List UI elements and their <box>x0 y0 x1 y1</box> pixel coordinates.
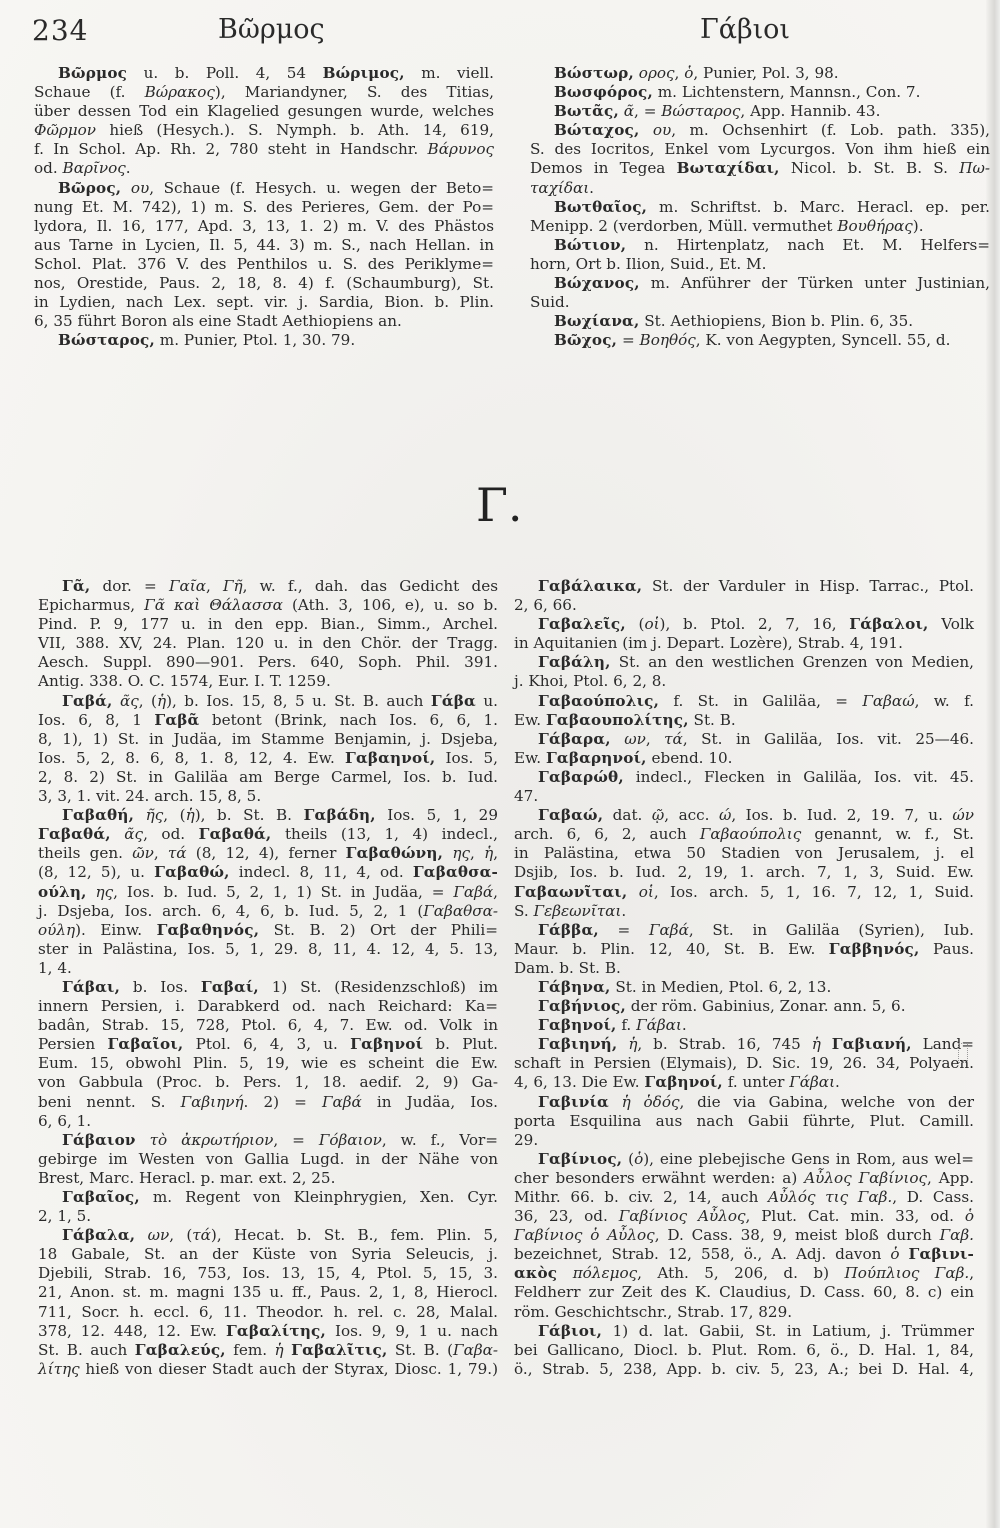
column-bottom-right: Γαβάλαικα, St. der Varduler in Hisp. Tar… <box>514 577 974 1379</box>
text-line: Βώτιον, n. Hirtenplatz, nach Et. M. Helf… <box>530 236 990 255</box>
text-line: Γαβά, ᾶς, (ἡ), b. Ios. 15, 8, 5 u. St. B… <box>38 692 498 711</box>
text-line: Γαβηνοί, f. Γάβαι. <box>514 1016 974 1035</box>
text-line: Persien Γαβαῖοι, Ptol. 6, 4, 3, u. Γαβην… <box>38 1035 498 1054</box>
text-line: Demos in Tegea Βωταχίδαι, Nicol. b. St. … <box>530 159 990 178</box>
text-line: Γαβαλεῖς, (οἱ), b. Ptol. 2, 7, 16, Γάβαλ… <box>514 615 974 634</box>
page-number: 234 <box>32 14 88 47</box>
running-head-right: Γάβιοι <box>700 14 790 45</box>
text-line: Γαβαῖος, m. Regent von Kleinphrygien, Xe… <box>38 1188 498 1207</box>
text-line: Γᾶ, dor. = Γαῖα, Γῆ, w. f., dah. das Ged… <box>38 577 498 596</box>
text-line: 6, 6, 1. <box>38 1112 498 1131</box>
text-line: Ios. 5, 2, 8. 6, 8, 1. 8, 12, 4. Ew. Γαβ… <box>38 749 498 768</box>
text-line: Βῶχος, = Βοηθός, K. von Aegypten, Syncel… <box>530 331 990 350</box>
text-line: VII, 388. XV, 24. Plan. 120 u. in den Ch… <box>38 634 498 653</box>
text-line: Γάβαι, b. Ios. Γαβαί, 1) St. (Residenzsc… <box>38 978 498 997</box>
text-line: bei Gallicano, Diocl. b. Plut. Rom. 6, ö… <box>514 1341 974 1360</box>
text-line: 4, 6, 13. Die Ew. Γαβηνοί, f. unter Γάβα… <box>514 1073 974 1092</box>
text-line: Ew. Γαβαουπολίτης, St. B. <box>514 711 974 730</box>
text-line: Feldherr zur Zeit des K. Claudius, D. Ca… <box>514 1283 974 1302</box>
text-line: 47. <box>514 787 974 806</box>
text-line: 2, 1, 5. <box>38 1207 498 1226</box>
text-line: St. B. auch Γαβαλεύς, fem. ἡ Γαβαλῖτις, … <box>38 1341 498 1360</box>
text-line: Dsjib, Ios. b. Iud. 2, 19, 1. arch. 7, 1… <box>514 863 974 882</box>
text-line: 36, 23, od. Γαβίνιος Αὖλος, Plut. Cat. m… <box>514 1207 974 1226</box>
text-line: Γαβαθά, ᾶς, od. Γαβαθά, theils (13, 1, 4… <box>38 825 498 844</box>
text-line: ταχίδαι. <box>530 179 990 198</box>
text-line: cher besonders erwähnt werden: a) Αὖλος … <box>514 1169 974 1188</box>
text-line: 711, Socr. h. eccl. 6, 11. Theodor. h. r… <box>38 1303 498 1322</box>
text-line: f. In Schol. Ap. Rh. 2, 780 steht in Han… <box>34 140 494 159</box>
text-line: Mithr. 66. b. civ. 2, 14, auch Αὖλός τις… <box>514 1188 974 1207</box>
text-line: Γαβαρώθ, indecl., Flecken in Galiläa, Io… <box>514 768 974 787</box>
text-line: Γαβαούπολις, f. St. in Galiläa, = Γαβαώ,… <box>514 692 974 711</box>
text-line: Βωσφόρος, m. Lichtenstern, Mannsn., Con.… <box>530 83 990 102</box>
text-line: (8, 12, 5), u. Γαβαθώ, indecl. 8, 11, 4,… <box>38 863 498 882</box>
dictionary-page: 234 Βῶρμος Γάβιοι Βῶρμος u. b. Poll. 4, … <box>0 0 1000 1528</box>
text-line: horn, Ort b. Ilion, Suid., Et. M. <box>530 255 990 274</box>
text-line: Γάβηνα, St. in Medien, Ptol. 6, 2, 13. <box>514 978 974 997</box>
text-line: Γαβίνιος, (ὁ), eine plebejische Gens in … <box>514 1150 974 1169</box>
text-line: Γαβήνιος, der röm. Gabinius, Zonar. ann.… <box>514 997 974 1016</box>
text-line: Γάβιοι, 1) d. lat. Gabii, St. in Latium,… <box>514 1322 974 1341</box>
text-line: Γαβάλη, St. an den westlichen Grenzen vo… <box>514 653 974 672</box>
column-bottom-left: Γᾶ, dor. = Γαῖα, Γῆ, w. f., dah. das Ged… <box>38 577 498 1379</box>
text-line: 29. <box>514 1131 974 1150</box>
text-line: S. Γεβεωνῖται. <box>514 902 974 921</box>
text-line: innern Persien, i. Darabkerd od. nach Re… <box>38 997 498 1016</box>
text-line: Γαβαθή, ῆς, (ἡ), b. St. B. Γαβάδη, Ios. … <box>38 806 498 825</box>
text-line: lydora, Il. 16, 177, Apd. 3, 13, 1. 2) m… <box>34 217 494 236</box>
text-line: ακὸς πόλεμος, Ath. 5, 206, d. b) Πούπλιο… <box>514 1264 974 1283</box>
text-line: von Gabbula (Proc. b. Pers. 1, 18. aedif… <box>38 1073 498 1092</box>
text-line: Ios. 6, 8, 1 Γαβᾶ betont (Brink, nach Io… <box>38 711 498 730</box>
text-line: Dam. b. St. B. <box>514 959 974 978</box>
text-line: porta Esquilina aus nach Gabii führte, P… <box>514 1112 974 1131</box>
text-line: Maur. b. Plin. 12, 40, St. B. Ew. Γαββην… <box>514 940 974 959</box>
text-line: ούλη). Einw. Γαβαθηνός, St. B. 2) Ort de… <box>38 921 498 940</box>
text-line: badân, Strab. 15, 728, Ptol. 6, 4, 7. Ew… <box>38 1016 498 1035</box>
text-line: Brest, Marc. Heracl. p. mar. ext. 2, 25. <box>38 1169 498 1188</box>
column-top-left: Βῶρμος u. b. Poll. 4, 54 Βώριμος, m. vie… <box>34 64 494 350</box>
running-head-left: Βῶρμος <box>218 14 325 45</box>
text-line: Βώχανος, m. Anführer der Türken unter Ju… <box>530 274 990 293</box>
text-line: Γαβαώ, dat. ῷ, acc. ώ, Ios. b. Iud. 2, 1… <box>514 806 974 825</box>
text-line: 2, 6, 66. <box>514 596 974 615</box>
text-line: Βωτθαῖος, m. Schriftst. b. Marc. Heracl.… <box>530 198 990 217</box>
text-line: Γαβινία ἡ ὁδός, die via Gabina, welche v… <box>514 1093 974 1112</box>
text-line: 378, 12. 448, 12. Ew. Γαβαλίτης, Ios. 9,… <box>38 1322 498 1341</box>
text-line: 3, 3, 1. vit. 24. arch. 15, 8, 5. <box>38 787 498 806</box>
text-line: Ew. Γαβαρηνοί, ebend. 10. <box>514 749 974 768</box>
text-line: ούλη, ης, Ios. b. Iud. 5, 2, 1, 1) St. i… <box>38 883 498 902</box>
text-line: schaft in Persien (Elymais), D. Sic. 19,… <box>514 1054 974 1073</box>
column-top-right: Βώστωρ, ορος, ὁ, Punier, Pol. 3, 98.Βωσφ… <box>530 64 990 350</box>
text-line: Γαβάλαικα, St. der Varduler in Hisp. Tar… <box>514 577 974 596</box>
text-line: 21, Anon. st. m. magni 135 u. ff., Paus.… <box>38 1283 498 1302</box>
text-line: 18 Gabale, St. an der Küste von Syria Se… <box>38 1245 498 1264</box>
text-line: 2, 8. 2) St. in Galiläa am Berge Carmel,… <box>38 768 498 787</box>
text-line: ster in Palästina, Ios. 5, 1, 29. 8, 11,… <box>38 940 498 959</box>
text-line: Βώστωρ, ορος, ὁ, Punier, Pol. 3, 98. <box>530 64 990 83</box>
text-line: ö., Strab. 5, 238, App. b. civ. 5, 23, A… <box>514 1360 974 1379</box>
text-line: über dessen Tod ein Klagelied gesungen w… <box>34 102 494 121</box>
text-line: Βώσταρος, m. Punier, Ptol. 1, 30. 79. <box>34 331 494 350</box>
text-line: nos, Orestide, Paus. 2, 18, 8. 4) f. (Sc… <box>34 274 494 293</box>
text-line: Suid. <box>530 293 990 312</box>
text-line: Γάβαιον τὸ ἀκρωτήριον, = Γόβαιον, w. f.,… <box>38 1131 498 1150</box>
text-line: 1, 4. <box>38 959 498 978</box>
text-line: Eum. 15, obwohl Plin. 5, 19, wie es sche… <box>38 1054 498 1073</box>
text-line: Γαβαωνῖται, οἱ, Ios. arch. 5, 1, 16. 7, … <box>514 883 974 902</box>
text-line: in Aquitanien (im j. Depart. Lozère), St… <box>514 634 974 653</box>
text-line: od. Βαρῖνος. <box>34 159 494 178</box>
text-line: 6, 35 führt Boron als eine Stadt Aethiop… <box>34 312 494 331</box>
text-line: Antig. 338. O. C. 1574, Eur. I. T. 1259. <box>38 672 498 691</box>
text-line: Βωχίανα, St. Aethiopiens, Bion b. Plin. … <box>530 312 990 331</box>
text-line: in Palästina, etwa 50 Stadien von Jerusa… <box>514 844 974 863</box>
text-line: Pind. P. 9, 177 u. in den epp. Bian., Si… <box>38 615 498 634</box>
text-line: λίτης hieß von dieser Stadt auch der Sty… <box>38 1360 498 1379</box>
text-line: nung Et. M. 742), 1) m. S. des Perieres,… <box>34 198 494 217</box>
text-line: Φῶρμον hieß (Hesych.). S. Nymph. b. Ath.… <box>34 121 494 140</box>
text-line: S. des Iocritos, Enkel vom Lycurgos. Von… <box>530 140 990 159</box>
text-line: in Lydien, nach Lex. sept. vir. j. Sardi… <box>34 293 494 312</box>
text-line: arch. 6, 6, 2, auch Γαβαούπολις genannt,… <box>514 825 974 844</box>
text-line: Βωτᾶς, ᾶ, = Βώσταρος, App. Hannib. 43. <box>530 102 990 121</box>
text-line: j. Khoi, Ptol. 6, 2, 8. <box>514 672 974 691</box>
text-line: Γάβαρα, ων, τά, St. in Galiläa, Ios. vit… <box>514 730 974 749</box>
text-line: Γάβαλα, ων, (τά), Hecat. b. St. B., fem.… <box>38 1226 498 1245</box>
text-line: Schaue (f. Βώρακος), Mariandyner, S. des… <box>34 83 494 102</box>
text-line: gebirge im Westen von Gallia Lugd. in de… <box>38 1150 498 1169</box>
text-line: 8, 1), 1) St. in Judäa, im Stamme Benjam… <box>38 730 498 749</box>
text-line: Schol. Plat. 376 V. des Penthilos u. S. … <box>34 255 494 274</box>
text-line: bezeichnet, Strab. 12, 558, ö., A. Adj. … <box>514 1245 974 1264</box>
text-line: Βῶρος, ου, Schaue (f. Hesych. u. wegen d… <box>34 179 494 198</box>
text-line: Djebili, Strab. 16, 753, Ios. 13, 15, 4,… <box>38 1264 498 1283</box>
text-line: j. Dsjeba, Ios. arch. 6, 4, 6, b. Iud. 5… <box>38 902 498 921</box>
text-line: beni nennt. S. Γαβιηνή. 2) = Γαβά in Jud… <box>38 1093 498 1112</box>
text-line: Βῶρμος u. b. Poll. 4, 54 Βώριμος, m. vie… <box>34 64 494 83</box>
text-line: Βώταχος, ου, m. Ochsenhirt (f. Lob. path… <box>530 121 990 140</box>
margin-mark <box>958 1043 968 1063</box>
text-line: Epicharmus, Γᾶ καὶ Θάλασσα (Ath. 3, 106,… <box>38 596 498 615</box>
text-line: Γαβιηνή, ἡ, b. Strab. 16, 745 ἡ Γαβιανή,… <box>514 1035 974 1054</box>
text-line: theils gen. ῶν, τά (8, 12, 4), ferner Γα… <box>38 844 498 863</box>
text-line: aus Tarne in Lycien, Il. 5, 44. 3) m. S.… <box>34 236 494 255</box>
text-line: Γαβίνιος ὁ Αὖλος, D. Cass. 38, 9, meist … <box>514 1226 974 1245</box>
text-line: röm. Geschichtschr., Strab. 17, 829. <box>514 1303 974 1322</box>
text-line: Aesch. Suppl. 890—901. Pers. 640, Soph. … <box>38 653 498 672</box>
text-line: Γάββα, = Γαβά, St. in Galiläa (Syrien), … <box>514 921 974 940</box>
text-line: Menipp. 2 (verdorben, Müll. vermuthet Βο… <box>530 217 990 236</box>
section-letter-heading: Γ. <box>476 478 523 532</box>
